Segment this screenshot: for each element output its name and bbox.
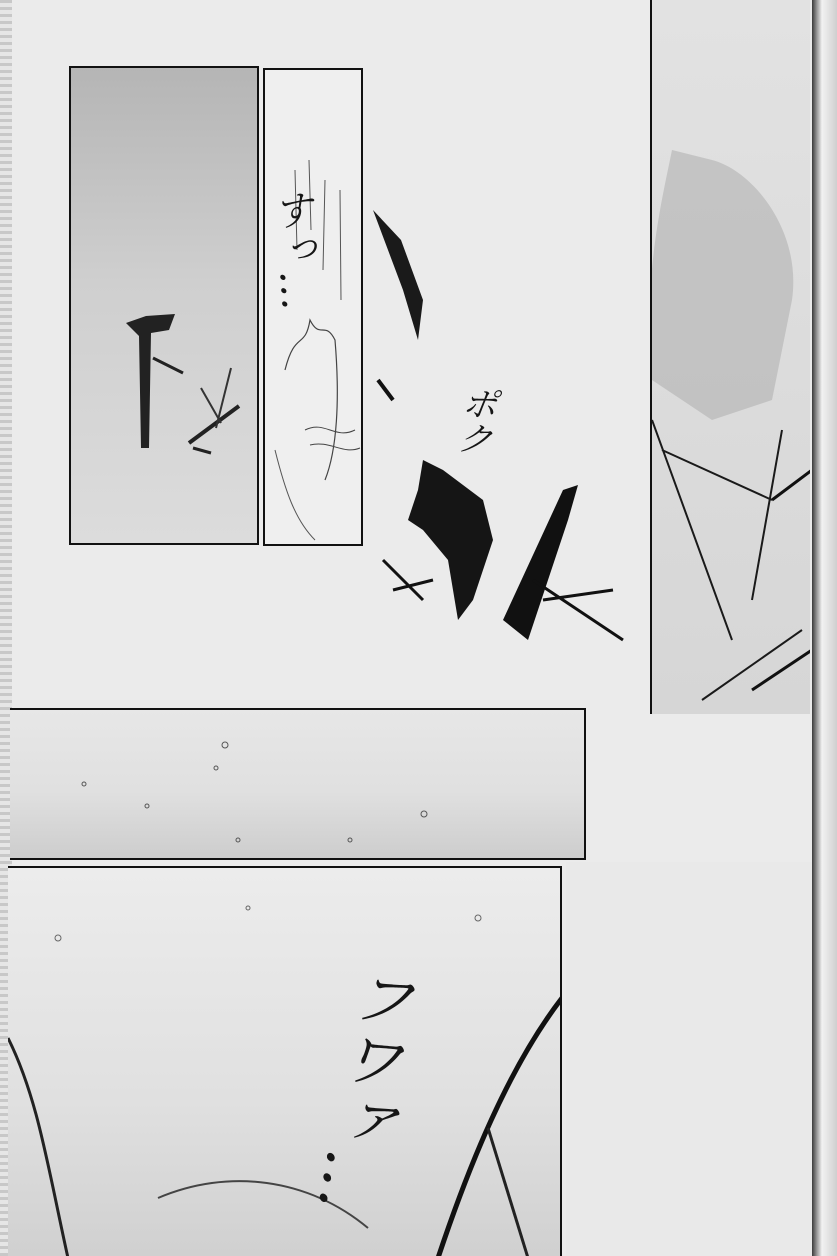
- panel-1-sky-debris: [69, 66, 259, 545]
- hooded-silhouette-drawing: [652, 0, 810, 714]
- snowfall-drawing: [10, 710, 586, 860]
- wind-closeup-drawing: [8, 868, 562, 1256]
- broken-post-drawing: [71, 68, 259, 545]
- panel-3-falling-figure: [363, 0, 653, 660]
- sfx-poku: ポク: [451, 382, 497, 458]
- falling-figure-drawing: [363, 0, 653, 660]
- panel-7-bleed-through: [566, 862, 812, 1256]
- manga-page: すっ… ポク: [0, 0, 812, 1256]
- sfx-su: すっ…: [268, 189, 316, 311]
- book-spine-edge: [812, 0, 837, 1256]
- panel-5-snowy-landscape: [10, 708, 586, 860]
- panel-6-wind-closeup: [8, 866, 562, 1256]
- panel-4-hooded-silhouette: [650, 0, 810, 714]
